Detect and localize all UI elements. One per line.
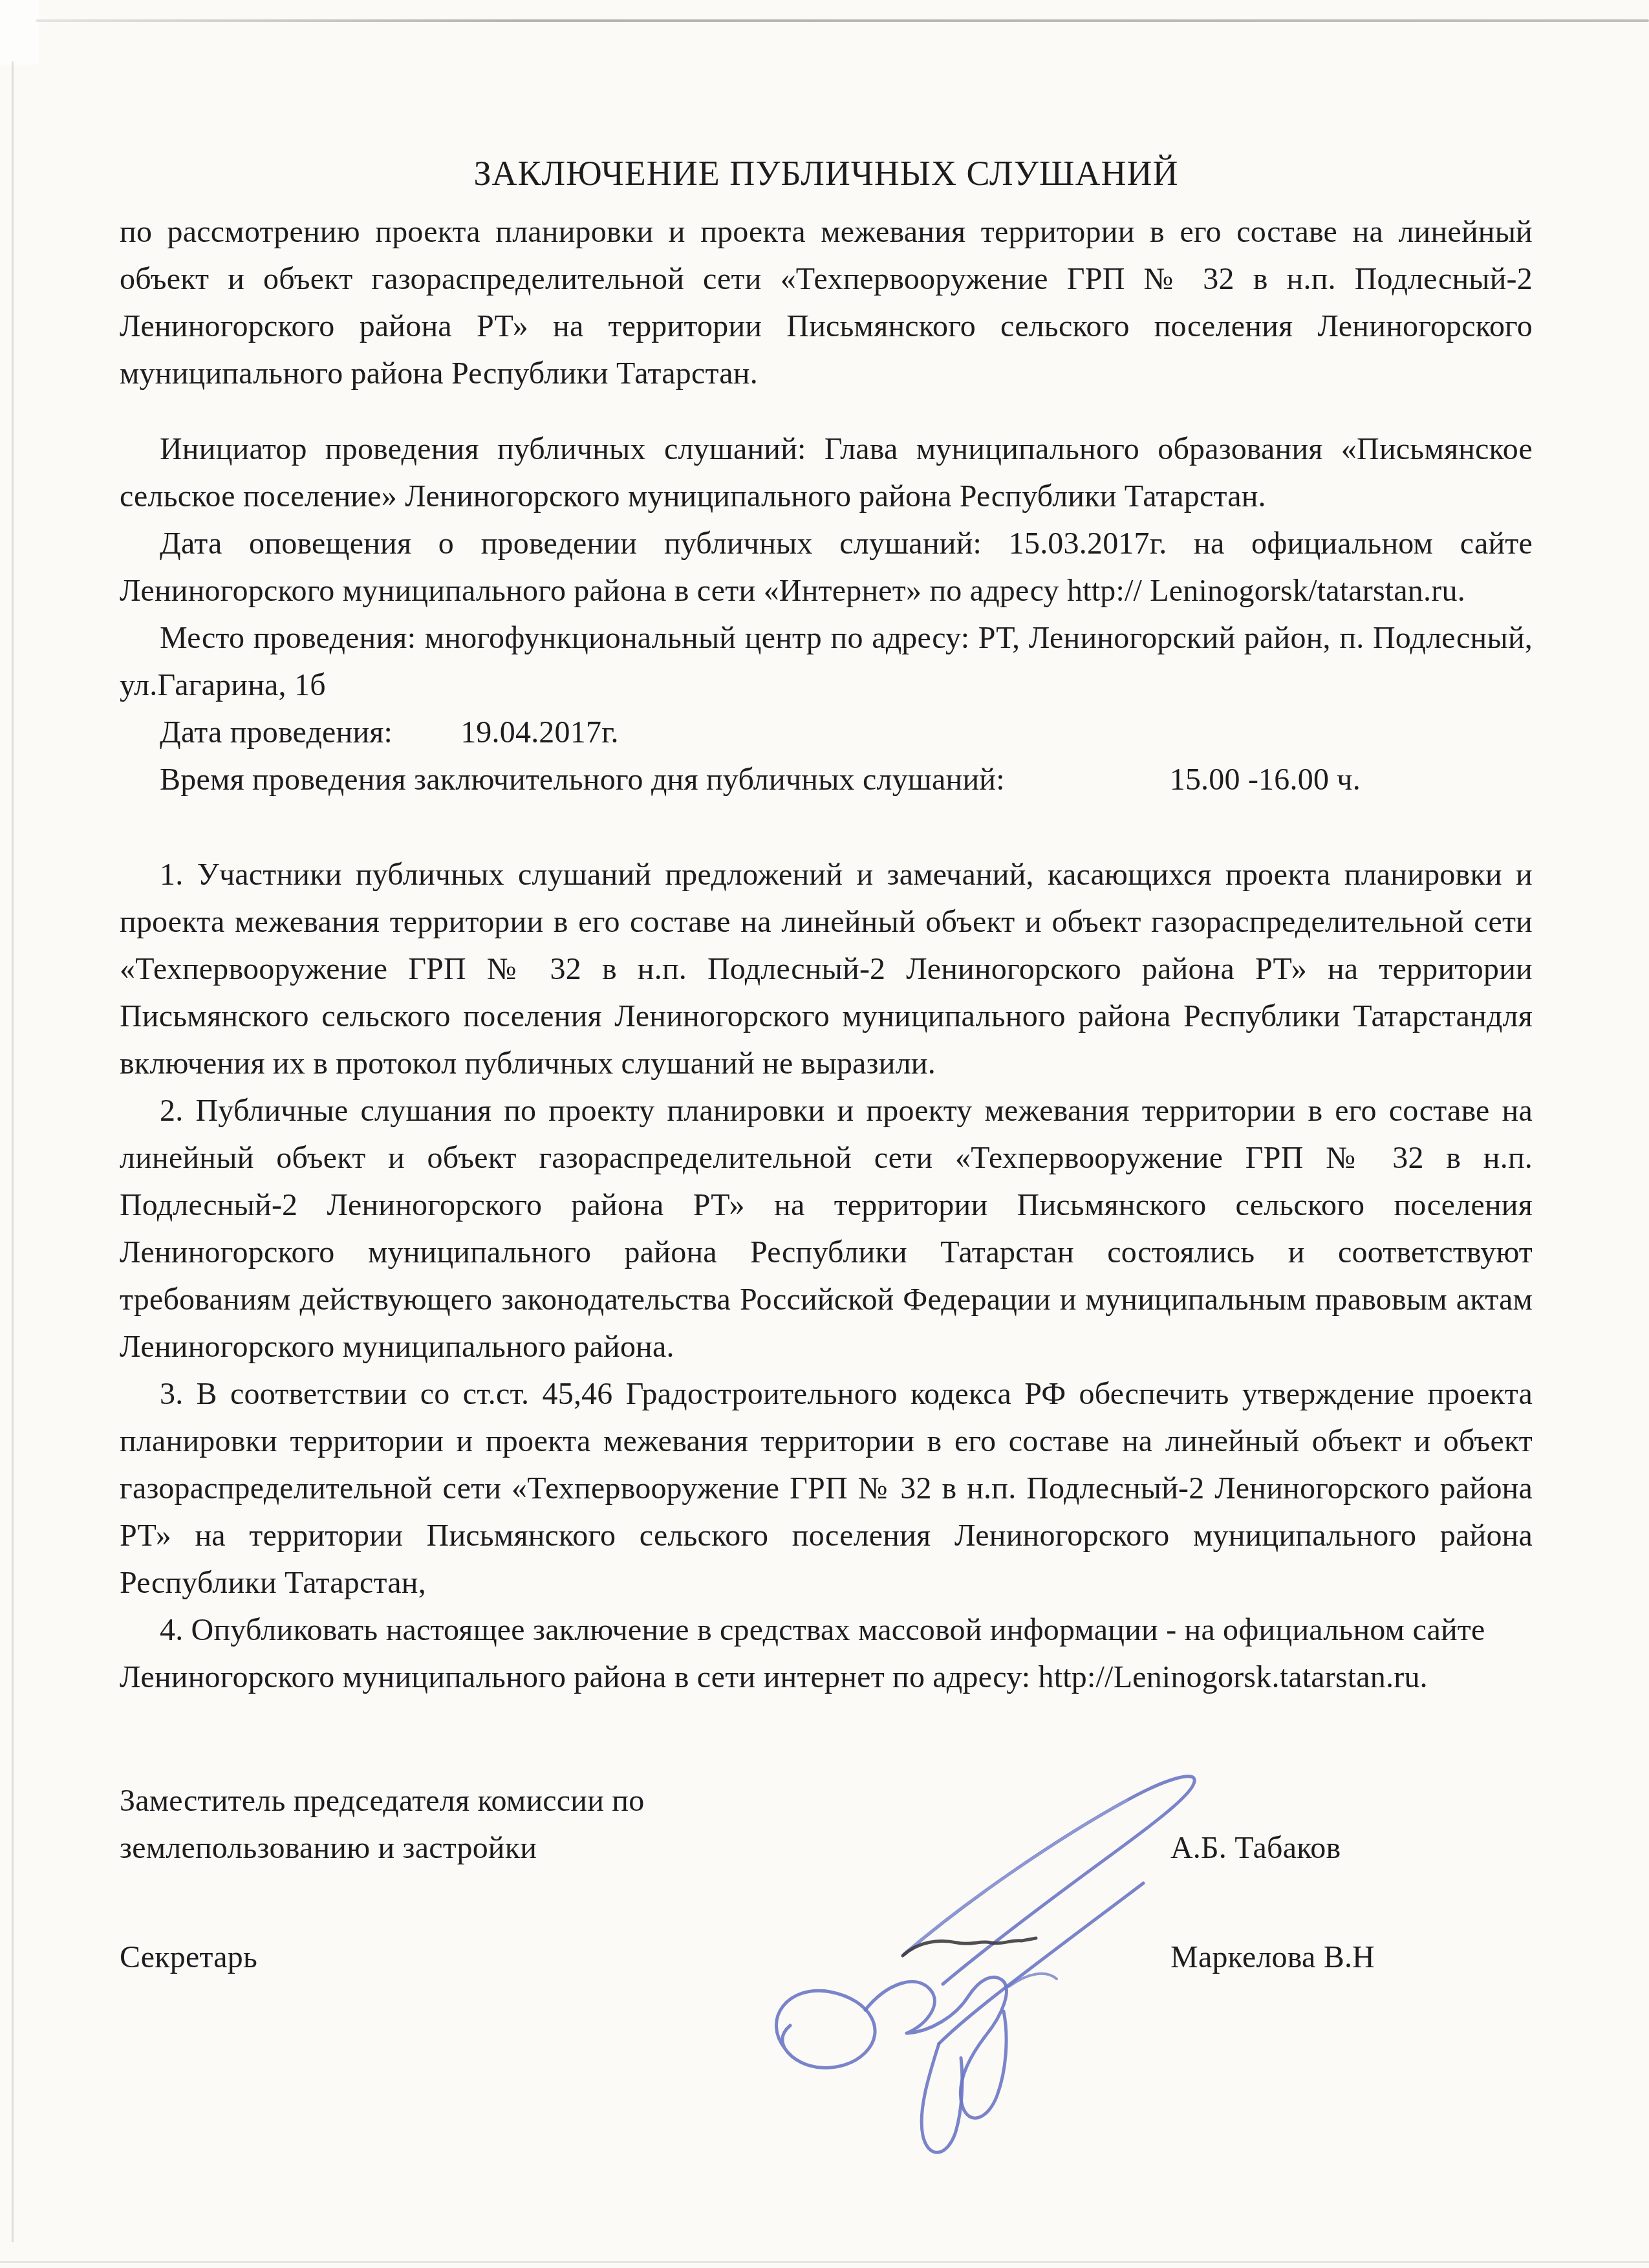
document-title: ЗАКЛЮЧЕНИЕ ПУБЛИЧНЫХ СЛУШАНИЙ — [120, 147, 1533, 199]
scan-edge-left — [12, 61, 14, 2242]
signatory-name: А.Б. Табаков — [1170, 1824, 1533, 1872]
signatory-row-secretary: Секретарь Маркелова В.Н — [120, 1934, 1533, 1981]
signature-block: Заместитель председателя комиссии по зем… — [120, 1777, 1533, 1981]
hearing-date-value: 19.04.2017г. — [460, 715, 619, 750]
conclusions-list: 1. Участники публичных слушаний предложе… — [120, 851, 1533, 1701]
signatory-role: Секретарь — [120, 1934, 753, 1981]
signatory-role: Заместитель председателя комиссии по зем… — [120, 1777, 753, 1872]
document-subject: по рассмотрению проекта планировки и про… — [120, 208, 1533, 397]
hearing-time-value: 15.00 -16.00 ч. — [1170, 762, 1361, 797]
announcement-paragraph: Дата оповещения о проведении публичных с… — [120, 520, 1533, 614]
scan-edge-bottom — [0, 2261, 1649, 2263]
signatory-row-deputy-chairman: Заместитель председателя комиссии по зем… — [120, 1777, 1533, 1872]
conclusion-item-1: 1. Участники публичных слушаний предложе… — [120, 851, 1533, 1087]
hearing-time-line: Время проведения заключительного дня пуб… — [120, 756, 1533, 803]
hearing-time-label: Время проведения заключительного дня пуб… — [160, 762, 1005, 797]
scan-corner — [0, 0, 39, 65]
hearing-date-label: Дата проведения: — [160, 715, 393, 750]
document-body: ЗАКЛЮЧЕНИЕ ПУБЛИЧНЫХ СЛУШАНИЙ по рассмот… — [120, 147, 1533, 1981]
scanned-page: ЗАКЛЮЧЕНИЕ ПУБЛИЧНЫХ СЛУШАНИЙ по рассмот… — [0, 0, 1649, 2268]
venue-paragraph: Место проведения: многофункциональный це… — [120, 614, 1533, 709]
conclusion-item-2: 2. Публичные слушания по проекту планиро… — [120, 1087, 1533, 1370]
conclusion-item-4: 4. Опубликовать настоящее заключение в с… — [120, 1606, 1533, 1701]
hearing-date-line: Дата проведения:19.04.2017г. — [120, 709, 1533, 756]
conclusion-item-3: 3. В соответствии со ст.ст. 45,46 Градос… — [120, 1370, 1533, 1606]
initiator-paragraph: Инициатор проведения публичных слушаний:… — [120, 426, 1533, 520]
scan-edge-top — [36, 19, 1649, 22]
signatory-name: Маркелова В.Н — [1170, 1934, 1533, 1981]
